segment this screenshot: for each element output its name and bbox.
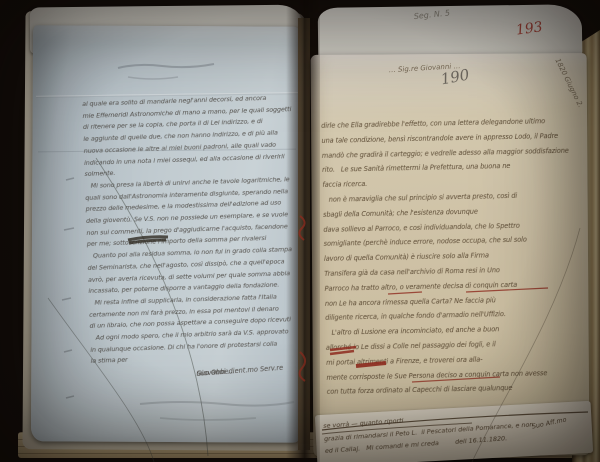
right-page-handwritten-text: dirle che Ella gradirebbe l'effetto, con… [321, 113, 587, 402]
right-manuscript-page: 190 1820 Giugno 2. … Sig.re Giovanni … d… [311, 53, 590, 457]
photo-of-manuscript-book: al quale era solito di mandarle negl'ann… [0, 0, 600, 462]
archive-series-label: Seg. N. 5 [413, 8, 450, 21]
page-number-red: 193 [515, 19, 544, 38]
binding-gutter-guard [298, 18, 310, 450]
left-page-handwritten-text: al quale era solito di mandarle negl'ann… [82, 92, 311, 367]
right-page-top-edge: Seg. N. 5 193 [318, 4, 583, 60]
diagonal-date-note: 1820 Giugno 2. [553, 57, 584, 109]
